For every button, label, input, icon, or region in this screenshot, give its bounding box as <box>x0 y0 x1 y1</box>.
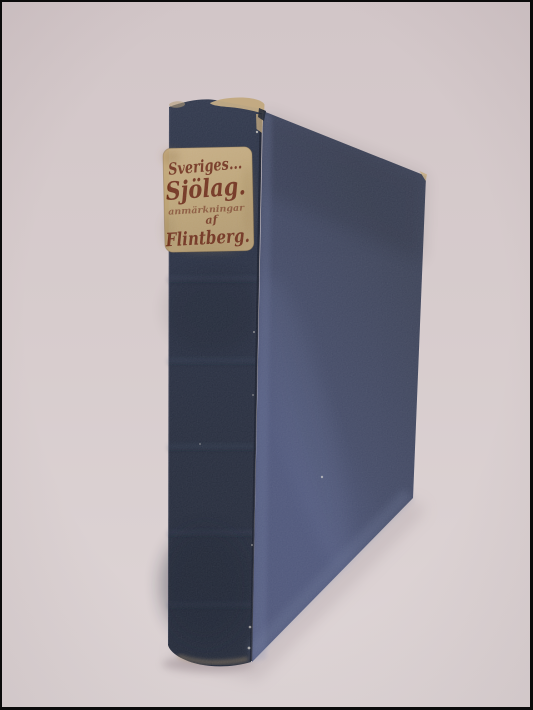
photo-canvas: Sveriges... Sjölag. anmärkningar af Flin… <box>0 0 533 710</box>
book-photograph: Sveriges... Sjölag. anmärkningar af Flin… <box>0 0 533 710</box>
